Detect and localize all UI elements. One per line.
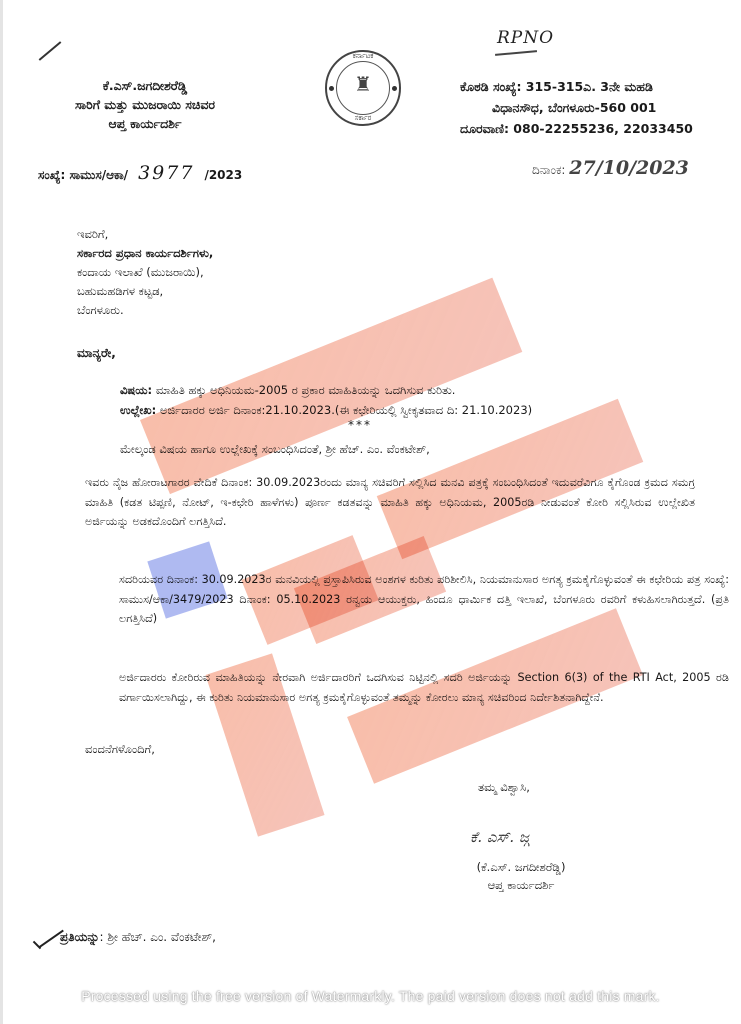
reference-number: ಸಂಖ್ಯೆ: ಸಾಮುಸ/ಆಕಾ/3977/2023 [38,162,242,184]
page-edge [0,0,3,1024]
paragraph-intro: ಮೇಲ್ಕಂಡ ವಿಷಯ ಹಾಗೂ ಉಲ್ಲೇಖಕ್ಕೆ ಸಂಬಂಧಿಸಿದಂತ… [120,440,680,460]
signatory-name: (ಕೆ.ಎಸ್. ಜಗದೀಶರೆಡ್ಡಿ) [446,858,596,876]
reference-prefix: ಸಂಖ್ಯೆ: ಸಾಮುಸ/ಆಕಾ/ [38,168,128,182]
signatory-title: ಆಪ್ತ ಕಾರ್ಯದರ್ಶಿ [446,876,596,894]
emblem-crest-icon: ♜ [327,72,399,96]
date-handwritten-value: 27/10/2023 [569,157,689,179]
reference-suffix: /2023 [204,168,242,182]
addressee-line: ಬೆಂಗಳೂರು. [77,301,213,320]
government-emblem-icon: ಕರ್ನಾಟಕ ♜ ಸರ್ಕಾರ [325,50,401,126]
office-address-block: ಕೊಠಡಿ ಸಂಖ್ಯೆ: 315-315ಎ. 3ನೇ ಮಹಡಿ ವಿಧಾನಸೌ… [460,76,720,139]
note-underline [495,50,537,55]
copy-to: ಪ್ರತಿಯನ್ನು: ಶ್ರೀ ಹೆಚ್. ಎಂ. ವೆಂಕಟೇಶ್, [60,930,216,945]
copy-to-label: ಪ್ರತಿಯನ್ನು [60,930,100,944]
sender-name: ಕೆ.ಎಸ್.ಜಗದೀಶರೆಡ್ಡಿ [0,76,290,95]
signatory-block: (ಕೆ.ಎಸ್. ಜಗದೀಶರೆಡ್ಡಿ) ಆಪ್ತ ಕಾರ್ಯದರ್ಶಿ [446,858,596,894]
sender-designation: ಸಾರಿಗೆ ಮತ್ತು ಮುಜರಾಯಿ ಸಚಿವರ [0,95,290,114]
reference-label: ಉಲ್ಲೇಖ: [120,403,156,417]
addressee-line: ಕಂದಾಯ ಇಲಾಖೆ (ಮುಜರಾಯಿ), [77,263,213,282]
sender-title: ಆಪ್ತ ಕಾರ್ಯದರ್ಶಿ [0,114,290,133]
closing: ವಂದನೆಗಳೊಂದಿಗೆ, [85,742,155,757]
subject-text: ಮಾಹಿತಿ ಹಕ್ಕು ಅಧಿನಿಯಮ-2005 ರ ಪ್ರಕಾರ ಮಾಹಿತ… [156,383,456,397]
paragraph-body: ಅರ್ಜಿದಾರರು ಕೋರಿರುವ ಮಾಹಿತಿಯನ್ನು ನೇರವಾಗಿ ಅ… [85,668,729,707]
salutation: ಮಾನ್ಯರೇ, [77,346,116,361]
subject-block: ವಿಷಯ: ಮಾಹಿತಿ ಹಕ್ಕು ಅಧಿನಿಯಮ-2005 ರ ಪ್ರಕಾರ… [120,380,532,420]
paragraph-body: ಇವರು ನೈಜ ಹೋರಾಟಗಾರರ ವೇದಿಕೆ ದಿನಾಂಕ: 30.09.… [85,473,695,532]
date-label: ದಿನಾಂಕ: [532,163,565,177]
signature-scrawl: ಕೆ. ಎಸ್. ಜ್ಗ [470,828,530,846]
copy-to-text: : ಶ್ರೀ ಹೆಚ್. ಎಂ. ವೆಂಕಟೇಶ್, [100,930,216,944]
addressee-to: ಇವರಿಗೆ, [77,225,213,244]
office-room: ಕೊಠಡಿ ಸಂಖ್ಯೆ: 315-315ಎ. 3ನೇ ಮಹಡಿ [460,76,720,97]
watermark-text: Processed using the free version of Wate… [0,988,741,1004]
sender-block: ಕೆ.ಎಸ್.ಜಗದೀಶರೆಡ್ಡಿ ಸಾರಿಗೆ ಮತ್ತು ಮುಜರಾಯಿ … [0,76,290,133]
pen-tick-mark [39,41,62,61]
separator: *** [348,418,372,432]
office-address: ವಿಧಾನಸೌಧ, ಬೆಂಗಳೂರು-560 001 [460,97,720,118]
office-phone: ದೂರವಾಣಿ: 080-22255236, 22033450 [460,118,720,139]
addressee-line: ಸರ್ಕಾರದ ಪ್ರಧಾನ ಕಾರ್ಯದರ್ಶಿಗಳು, [77,244,213,263]
subject-label: ವಿಷಯ: [120,383,152,397]
paragraph-body: ಸದರಿಯವರ ದಿನಾಂಕ: 30.09.2023ರ ಮನವಿಯಲ್ಲಿ ಪ್… [85,570,729,629]
reference-handwritten-number: 3977 [138,162,194,184]
handwritten-note: RPNO [497,28,554,48]
reference-text: ಅರ್ಜಿದಾರರ ಅರ್ಜಿ ದಿನಾಂಕ:21.10.2023.(ಈ ಕಛೇ… [160,403,532,417]
addressee-block: ಇವರಿಗೆ, ಸರ್ಕಾರದ ಪ್ರಧಾನ ಕಾರ್ಯದರ್ಶಿಗಳು, ಕಂ… [77,225,213,320]
addressee-line: ಬಹುಮಹಡಿಗಳ ಕಟ್ಟಡ, [77,282,213,301]
letter-date: ದಿನಾಂಕ: 27/10/2023 [532,157,689,179]
emblem-bottom-text: ಸರ್ಕಾರ [327,114,399,123]
yours-faithfully: ತಮ್ಮ ವಿಶ್ವಾಸಿ, [478,780,530,795]
emblem-top-text: ಕರ್ನಾಟಕ [327,52,399,61]
